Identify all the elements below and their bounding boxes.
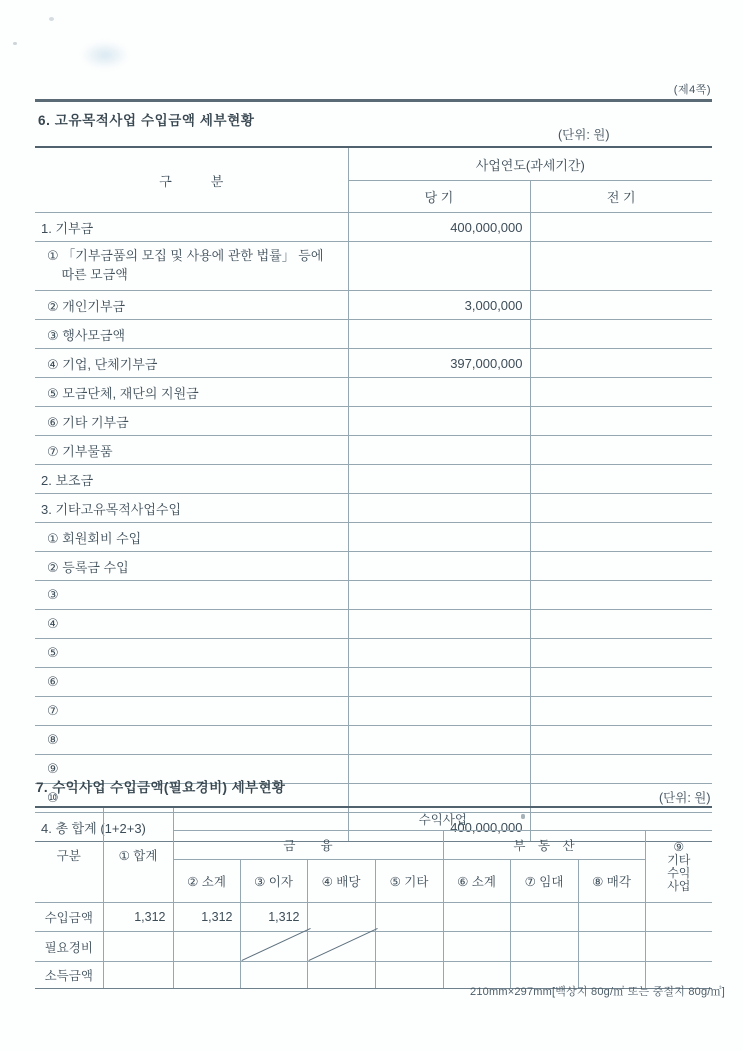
cell-dividend-crossed-out xyxy=(307,932,375,962)
column-header-realestate: 부 동 산 xyxy=(443,831,645,860)
cell-interest: 1,312 xyxy=(240,903,307,932)
column-header-dividend: ④ 배당 xyxy=(307,860,375,903)
cell-other xyxy=(645,932,712,962)
cell-previous xyxy=(530,378,712,407)
row-label: 3. 기타고유목적사업수입 xyxy=(35,494,348,523)
table-row: ② 등록금 수입 xyxy=(35,552,712,581)
section7-title: 7. 수익사업 수입금액(필요경비) 세부현황 xyxy=(36,776,285,796)
scan-smudge xyxy=(72,36,138,74)
row-label: ① 회원회비 수입 xyxy=(35,523,348,552)
cell-interest xyxy=(240,962,307,989)
cell-sale xyxy=(578,903,645,932)
row-label: 2. 보조금 xyxy=(35,465,348,494)
cell-previous xyxy=(530,436,712,465)
row-label: ⑧ xyxy=(35,726,348,755)
cell-total xyxy=(103,962,173,989)
cell-previous xyxy=(530,349,712,378)
column-header-re-subtotal: ⑥ 소계 xyxy=(443,860,510,903)
cell-previous xyxy=(530,291,712,320)
profit-business-income-table: 구분 ① 합계 수익사업 금 융 부 동 산 ⑨ 기타 수익 사업 ② 소계 ③… xyxy=(35,806,712,989)
column-header-category: 구 분 xyxy=(35,147,348,213)
cell-dividend xyxy=(307,903,375,932)
table-header-row: 구분 ① 합계 수익사업 xyxy=(35,807,712,831)
cell-current xyxy=(348,610,530,639)
cell-current xyxy=(348,639,530,668)
cell-previous xyxy=(530,494,712,523)
diagonal-strike xyxy=(308,928,377,961)
row-label: 수입금액 xyxy=(35,903,103,932)
cell-current: 3,000,000 xyxy=(348,291,530,320)
cell-rent xyxy=(510,932,578,962)
cell-rent xyxy=(510,903,578,932)
table-row: ③ 행사모금액 xyxy=(35,320,712,349)
cell-previous xyxy=(530,213,712,242)
table-row: ⑦ xyxy=(35,697,712,726)
row-label: 소득금액 xyxy=(35,962,103,989)
column-header-total: ① 합계 xyxy=(103,807,173,903)
cell-total xyxy=(103,932,173,962)
column-header-profit-business: 수익사업 xyxy=(173,807,712,831)
cell-total: 1,312 xyxy=(103,903,173,932)
table-row: 2. 보조금 xyxy=(35,465,712,494)
scan-speck xyxy=(49,17,54,21)
column-header-category: 구분 xyxy=(35,807,103,903)
cell-previous xyxy=(530,697,712,726)
row-label: 1. 기부금 xyxy=(35,213,348,242)
row-label: ③ 행사모금액 xyxy=(35,320,348,349)
cell-fin-subtotal xyxy=(173,932,240,962)
section6-unit-label: (단위: 원) xyxy=(558,125,610,143)
cell-current xyxy=(348,755,530,784)
column-header-business-year: 사업연도(과세기간) xyxy=(348,147,712,181)
table-row: ⑥ xyxy=(35,668,712,697)
cell-previous xyxy=(530,407,712,436)
row-label: ⑦ xyxy=(35,697,348,726)
section7-unit-label: (단위: 원) xyxy=(659,788,711,806)
scanned-form-page: (제4쪽) 6. 고유목적사업 수입금액 세부현황 (단위: 원) 구 분 사업… xyxy=(0,0,743,1051)
diagonal-strike xyxy=(241,928,310,961)
table-row: ① 「기부금품의 모집 및 사용에 관한 법률」 등에 따른 모금액 xyxy=(35,242,712,291)
cell-previous xyxy=(530,668,712,697)
cell-previous xyxy=(530,552,712,581)
row-label: ② 등록금 수입 xyxy=(35,552,348,581)
column-header-current: 당 기 xyxy=(348,181,530,213)
cell-current xyxy=(348,581,530,610)
cell-current xyxy=(348,726,530,755)
cell-dividend xyxy=(307,962,375,989)
cell-current: 400,000,000 xyxy=(348,213,530,242)
row-label: ⑤ xyxy=(35,639,348,668)
cell-current xyxy=(348,668,530,697)
table-row: ⑤ 모금단체, 재단의 지원금 xyxy=(35,378,712,407)
row-label: ① 「기부금품의 모집 및 사용에 관한 법률」 등에 따른 모금액 xyxy=(35,242,348,291)
cell-previous xyxy=(530,465,712,494)
cell-fin-other xyxy=(375,932,443,962)
column-header-sale: ⑧ 매각 xyxy=(578,860,645,903)
cell-current xyxy=(348,465,530,494)
column-header-fin-other: ⑤ 기타 xyxy=(375,860,443,903)
cell-sale xyxy=(578,932,645,962)
cell-re-subtotal xyxy=(443,903,510,932)
cell-fin-subtotal: 1,312 xyxy=(173,903,240,932)
table-header-row: 구 분 사업연도(과세기간) xyxy=(35,147,712,181)
cell-current: 397,000,000 xyxy=(348,349,530,378)
cell-previous xyxy=(530,726,712,755)
cell-current xyxy=(348,378,530,407)
cell-current xyxy=(348,552,530,581)
page-number-marker: (제4쪽) xyxy=(674,81,711,97)
paper-spec-footer: 210mm×297mm[백상지 80g/㎡ 또는 중질지 80g/㎡] xyxy=(470,983,725,999)
cell-current xyxy=(348,436,530,465)
cell-previous xyxy=(530,581,712,610)
cell-fin-other xyxy=(375,903,443,932)
row-label: ③ xyxy=(35,581,348,610)
top-rule xyxy=(35,99,712,102)
table-row: ⑦ 기부물품 xyxy=(35,436,712,465)
row-label: ⑥ xyxy=(35,668,348,697)
proper-purpose-income-table: 구 분 사업연도(과세기간) 당 기 전 기 1. 기부금 400,000,00… xyxy=(35,146,712,842)
column-header-fin-subtotal: ② 소계 xyxy=(173,860,240,903)
cell-previous xyxy=(530,523,712,552)
row-label: ② 개인기부금 xyxy=(35,291,348,320)
cell-current xyxy=(348,407,530,436)
column-header-other-business: ⑨ 기타 수익 사업 xyxy=(645,831,712,903)
row-label: ⑥ 기타 기부금 xyxy=(35,407,348,436)
row-label: ⑤ 모금단체, 재단의 지원금 xyxy=(35,378,348,407)
column-header-finance: 금 융 xyxy=(173,831,443,860)
cell-current xyxy=(348,494,530,523)
row-label: 필요경비 xyxy=(35,932,103,962)
table-row: 3. 기타고유목적사업수입 xyxy=(35,494,712,523)
table-row: ⑥ 기타 기부금 xyxy=(35,407,712,436)
table-row: ⑤ xyxy=(35,639,712,668)
row-label: ④ 기업, 단체기부금 xyxy=(35,349,348,378)
cell-other xyxy=(645,903,712,932)
section6-title: 6. 고유목적사업 수입금액 세부현황 xyxy=(38,109,255,129)
table-row: 1. 기부금 400,000,000 xyxy=(35,213,712,242)
cell-interest-crossed-out xyxy=(240,932,307,962)
cell-current xyxy=(348,242,530,291)
scan-speck xyxy=(13,42,17,45)
table-row: 필요경비 xyxy=(35,932,712,962)
table-row: ⑧ xyxy=(35,726,712,755)
cell-fin-subtotal xyxy=(173,962,240,989)
row-label: ⑦ 기부물품 xyxy=(35,436,348,465)
cell-fin-other xyxy=(375,962,443,989)
cell-previous xyxy=(530,320,712,349)
column-header-previous: 전 기 xyxy=(530,181,712,213)
table-row: 수입금액 1,312 1,312 1,312 xyxy=(35,903,712,932)
cell-current xyxy=(348,523,530,552)
table-row: ④ xyxy=(35,610,712,639)
table-row: ② 개인기부금 3,000,000 xyxy=(35,291,712,320)
cell-re-subtotal xyxy=(443,932,510,962)
cell-current xyxy=(348,697,530,726)
cell-current xyxy=(348,320,530,349)
cell-previous xyxy=(530,639,712,668)
cell-previous xyxy=(530,242,712,291)
column-header-interest: ③ 이자 xyxy=(240,860,307,903)
cell-previous xyxy=(530,610,712,639)
table-row: ④ 기업, 단체기부금 397,000,000 xyxy=(35,349,712,378)
table-row: ① 회원회비 수입 xyxy=(35,523,712,552)
table-row: ③ xyxy=(35,581,712,610)
column-header-rent: ⑦ 임대 xyxy=(510,860,578,903)
cell-previous xyxy=(530,755,712,784)
row-label: ④ xyxy=(35,610,348,639)
